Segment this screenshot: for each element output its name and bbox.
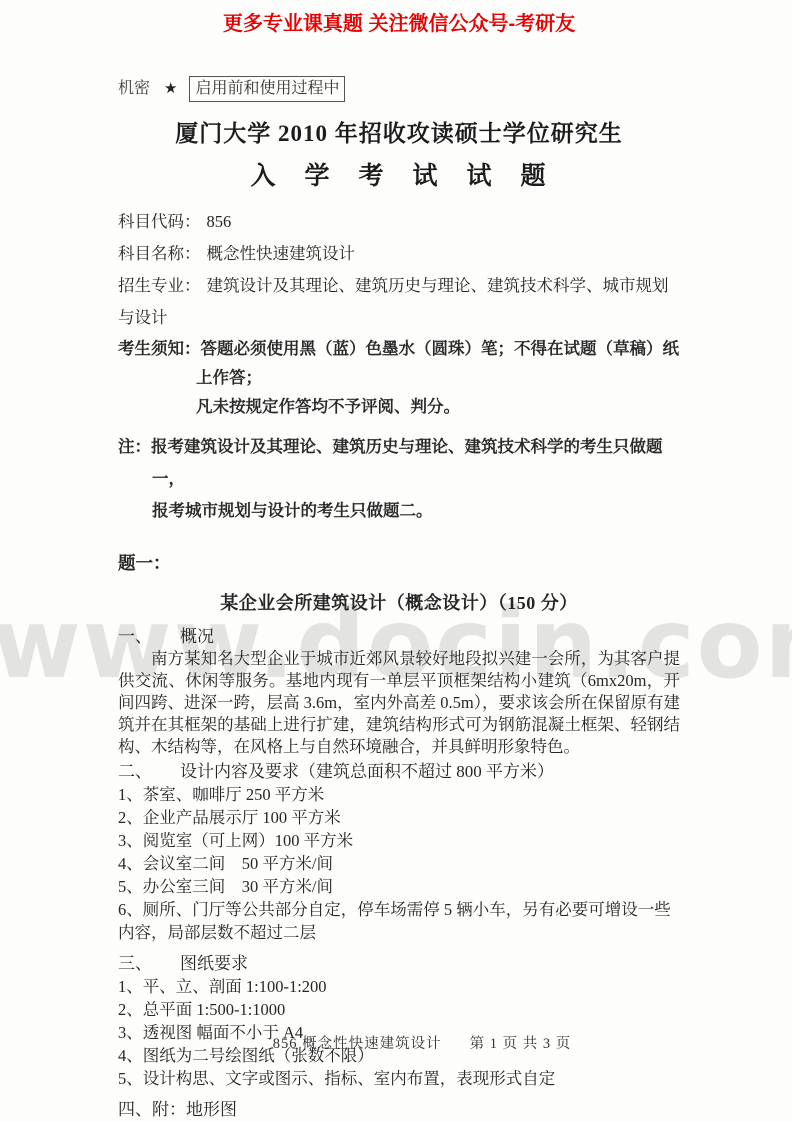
footer-subject: 856 概念性快速建筑设计 [273, 1036, 442, 1052]
section-design-title: 设计内容及要求（建筑总面积不超过 800 平方米） [180, 762, 554, 781]
footer-page-number: 第 1 页 共 3 页 [470, 1036, 572, 1052]
exam-title-line1: 厦门大学 2010 年招收攻读硕士学位研究生 [118, 118, 680, 150]
drawing-item-5: 5、设计构思、文字或图示、指标、室内布置，表现形式自定 [118, 1067, 680, 1090]
design-item-3: 3、阅览室（可上网）100 平方米 [118, 829, 680, 852]
section-attachment-number: 四、 [118, 1100, 152, 1119]
question-title: 某企业会所建筑设计（概念设计）（150 分） [118, 589, 680, 617]
exam-paper-page: www.docin.com 更多专业课真题 关注微信公众号-考研友 机密 ★ 启… [0, 0, 792, 1122]
exam-note-label: 注： [118, 437, 151, 456]
subject-code-value: 856 [207, 212, 232, 231]
subject-code-line: 科目代码：856 [118, 206, 680, 238]
question-one-heading: 题一： [118, 551, 680, 575]
overview-paragraph: 南方某知名大型企业于城市近郊风景较好地段拟兴建一会所，为其客户提供交流、休闲等服… [118, 648, 680, 758]
promo-banner: 更多专业课真题 关注微信公众号-考研友 [118, 0, 680, 36]
exam-note: 注：报考建筑设计及其理论、建筑历史与理论、建筑技术科学的考生只做题一， 报考城市… [118, 431, 680, 527]
drawing-item-1: 1、平、立、剖面 1:100-1:200 [118, 975, 680, 998]
majors-label: 招生专业： [118, 276, 201, 295]
exam-note-text2: 报考城市规划与设计的考生只做题二。 [152, 501, 433, 520]
page-content: 更多专业课真题 关注微信公众号-考研友 机密 ★ 启用前和使用过程中 厦门大学 … [0, 0, 792, 1121]
star-icon: ★ [164, 81, 177, 97]
candidate-notice-text2: 凡未按规定作答均不予评阅、判分。 [196, 397, 460, 416]
candidate-notice-text1: 答题必须使用黑（蓝）色墨水（圆珠）笔；不得在试题（草稿）纸上作答； [196, 339, 679, 387]
section-drawing-number: 三、 [118, 952, 152, 975]
section-overview-heading: 一、概况 [118, 625, 680, 648]
majors-line: 招生专业：建筑设计及其理论、建筑历史与理论、建筑技术科学、城市规划与设计 [118, 270, 680, 334]
section-drawing-title: 图纸要求 [180, 954, 248, 973]
usage-period-box: 启用前和使用过程中 [189, 76, 345, 102]
section-design-number: 二、 [118, 760, 152, 783]
drawing-item-2: 2、总平面 1:500-1:1000 [118, 998, 680, 1021]
section-drawing-heading: 三、图纸要求 [118, 952, 680, 975]
subject-meta: 科目代码：856 科目名称：概念性快速建筑设计 招生专业：建筑设计及其理论、建筑… [118, 206, 680, 334]
design-item-1: 1、茶室、咖啡厅 250 平方米 [118, 783, 680, 806]
classification-line: 机密 ★ 启用前和使用过程中 [118, 76, 680, 102]
design-item-6: 6、厕所、门厅等公共部分自定，停车场需停 5 辆小车，另有必要可增设一些内容，局… [118, 898, 680, 944]
design-item-2: 2、企业产品展示厅 100 平方米 [118, 806, 680, 829]
section-overview-title: 概况 [180, 627, 214, 646]
section-attachment-heading: 四、附：地形图 [118, 1098, 680, 1121]
subject-name-line: 科目名称：概念性快速建筑设计 [118, 238, 680, 270]
exam-title-line2: 入 学 考 试 试 题 [118, 160, 680, 194]
design-item-5: 5、办公室三间 30 平方米/间 [118, 875, 680, 898]
classification-label: 机密 [118, 80, 150, 97]
section-attachment-title: 附：地形图 [152, 1100, 237, 1119]
page-footer: 856 概念性快速建筑设计第 1 页 共 3 页 [0, 1032, 792, 1053]
section-design-heading: 二、设计内容及要求（建筑总面积不超过 800 平方米） [118, 760, 680, 783]
candidate-notice-label: 考生须知： [118, 339, 201, 358]
candidate-notice: 考生须知：答题必须使用黑（蓝）色墨水（圆珠）笔；不得在试题（草稿）纸上作答； 凡… [118, 334, 680, 421]
subject-name-label: 科目名称： [118, 244, 201, 263]
subject-name-value: 概念性快速建筑设计 [207, 244, 356, 263]
design-item-4: 4、会议室二间 50 平方米/间 [118, 852, 680, 875]
subject-code-label: 科目代码： [118, 212, 201, 231]
section-overview-number: 一、 [118, 625, 152, 648]
exam-note-text1: 报考建筑设计及其理论、建筑历史与理论、建筑技术科学的考生只做题一， [151, 437, 663, 488]
